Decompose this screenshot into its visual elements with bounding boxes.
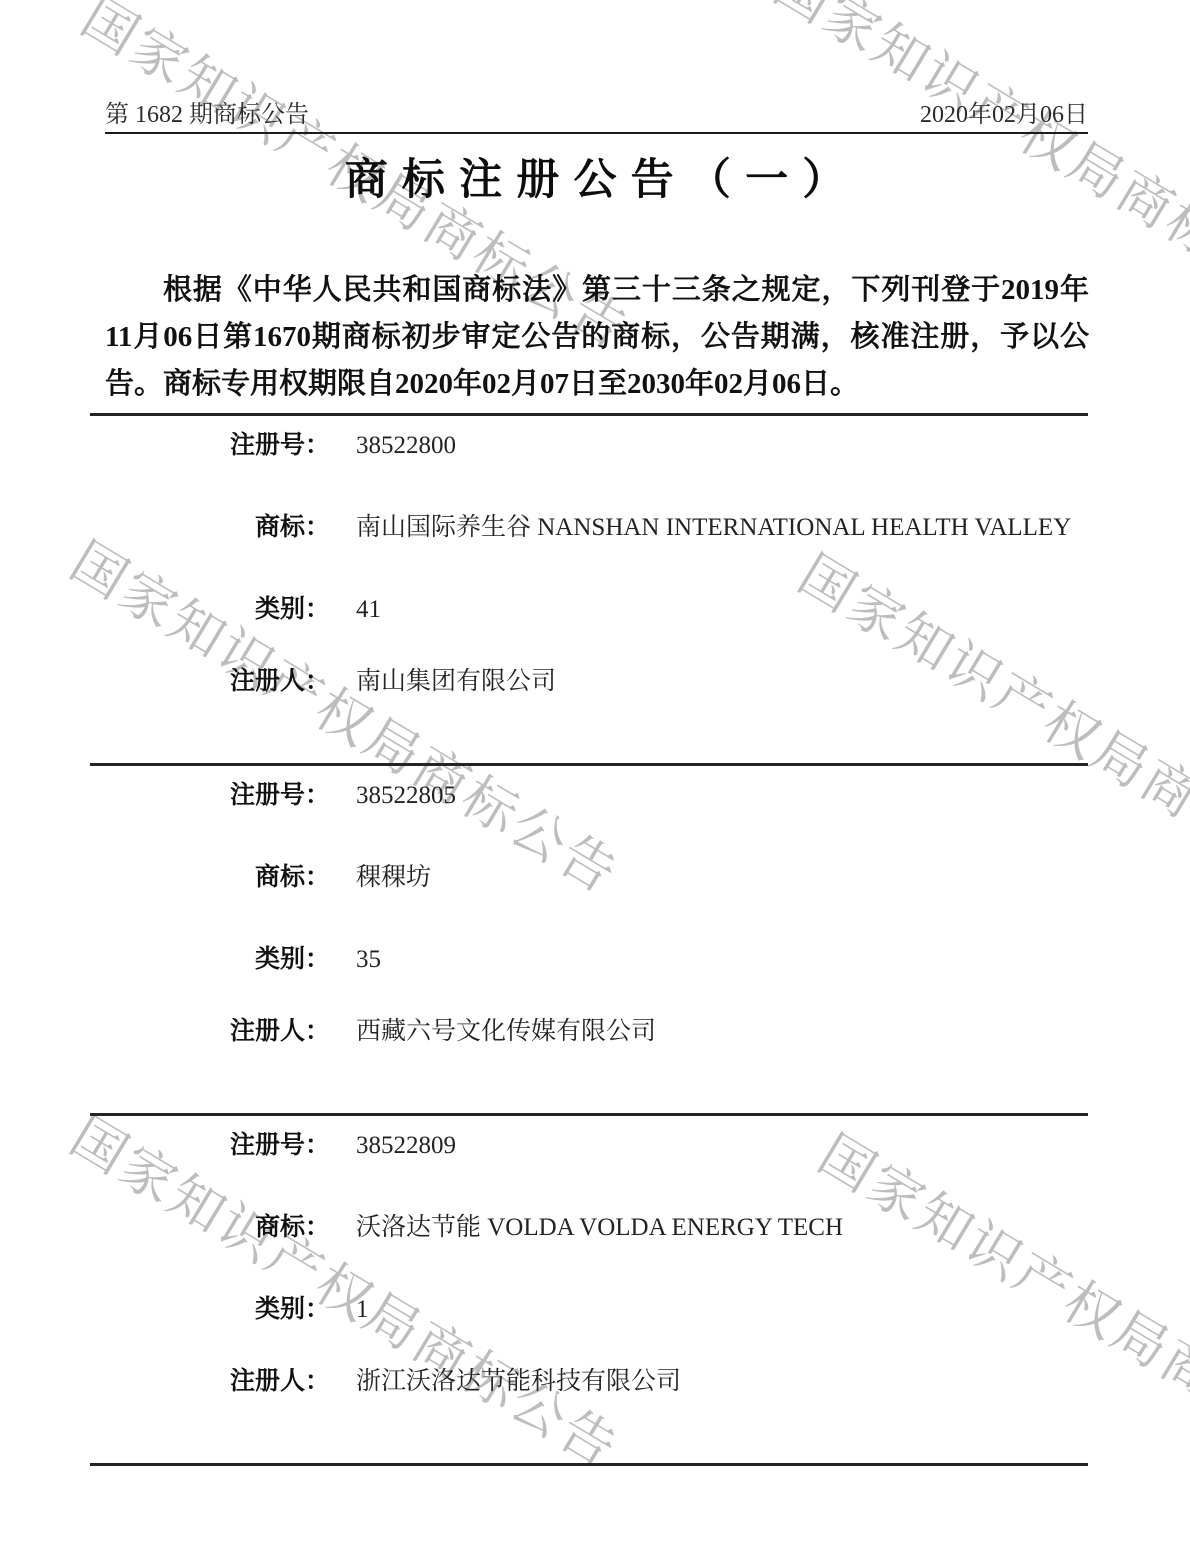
reg-no-row: 注册号： 38522809 xyxy=(90,1130,1088,1161)
registrant-label: 注册人： xyxy=(90,666,330,697)
reg-no-value: 38522805 xyxy=(356,780,456,811)
registrant-value: 浙江沃洛达节能科技有限公司 xyxy=(356,1366,681,1397)
reg-no-value: 38522809 xyxy=(356,1130,456,1161)
registrant-value: 西藏六号文化传媒有限公司 xyxy=(356,1016,656,1047)
category-value: 41 xyxy=(356,594,381,625)
trademark-row: 商标： 稞稞坊 xyxy=(90,862,1088,893)
issue-label: 第 1682 期商标公告 xyxy=(105,94,309,129)
category-label: 类别： xyxy=(90,944,330,975)
registrant-row: 注册人： 浙江沃洛达节能科技有限公司 xyxy=(90,1366,1088,1397)
category-row: 类别： 41 xyxy=(90,594,1088,625)
trademark-value: 沃洛达节能 VOLDA VOLDA ENERGY TECH xyxy=(356,1212,843,1243)
trademark-label: 商标： xyxy=(90,862,330,893)
registrant-label: 注册人： xyxy=(90,1366,330,1397)
registrant-row: 注册人： 南山集团有限公司 xyxy=(90,666,1088,697)
registrant-row: 注册人： 西藏六号文化传媒有限公司 xyxy=(90,1016,1088,1047)
reg-no-value: 38522800 xyxy=(356,430,456,461)
page-header: 第 1682 期商标公告 2020年02月06日 xyxy=(105,94,1088,129)
trademark-label: 商标： xyxy=(90,1212,330,1243)
category-value: 35 xyxy=(356,944,381,975)
registrant-label: 注册人： xyxy=(90,1016,330,1047)
gazette-page: 国家知识产权局商标公告 国家知识产权局商标公告 国家知识产权局商标公告 国家知识… xyxy=(0,0,1190,1564)
intro-paragraph: 根据《中华人民共和国商标法》第三十三条之规定，下列刊登于2019年11月06日第… xyxy=(105,267,1089,408)
reg-no-label: 注册号： xyxy=(90,430,330,461)
category-row: 类别： 35 xyxy=(90,944,1088,975)
page-title: 商标注册公告（一） xyxy=(0,146,1190,207)
reg-no-label: 注册号： xyxy=(90,1130,330,1161)
entry-block-1: 注册号： 38522800 商标： 南山国际养生谷 NANSHAN INTERN… xyxy=(90,413,1088,763)
reg-no-row: 注册号： 38522805 xyxy=(90,780,1088,811)
category-row: 类别： 1 xyxy=(90,1294,1088,1325)
date-label: 2020年02月06日 xyxy=(920,94,1088,129)
category-label: 类别： xyxy=(90,1294,330,1325)
trademark-label: 商标： xyxy=(90,512,330,543)
bottom-rule xyxy=(90,1463,1088,1466)
category-value: 1 xyxy=(356,1294,369,1325)
reg-no-row: 注册号： 38522800 xyxy=(90,430,1088,461)
header-rule xyxy=(105,132,1088,134)
entries-list: 注册号： 38522800 商标： 南山国际养生谷 NANSHAN INTERN… xyxy=(90,413,1088,1466)
category-label: 类别： xyxy=(90,594,330,625)
trademark-value: 南山国际养生谷 NANSHAN INTERNATIONAL HEALTH VAL… xyxy=(356,512,1071,543)
trademark-value: 稞稞坊 xyxy=(356,862,431,893)
entry-block-3: 注册号： 38522809 商标： 沃洛达节能 VOLDA VOLDA ENER… xyxy=(90,1113,1088,1463)
trademark-row: 商标： 南山国际养生谷 NANSHAN INTERNATIONAL HEALTH… xyxy=(90,512,1088,543)
reg-no-label: 注册号： xyxy=(90,780,330,811)
trademark-row: 商标： 沃洛达节能 VOLDA VOLDA ENERGY TECH xyxy=(90,1212,1088,1243)
registrant-value: 南山集团有限公司 xyxy=(356,666,556,697)
entry-block-2: 注册号： 38522805 商标： 稞稞坊 类别： 35 注册人： 西藏六号文化… xyxy=(90,763,1088,1113)
